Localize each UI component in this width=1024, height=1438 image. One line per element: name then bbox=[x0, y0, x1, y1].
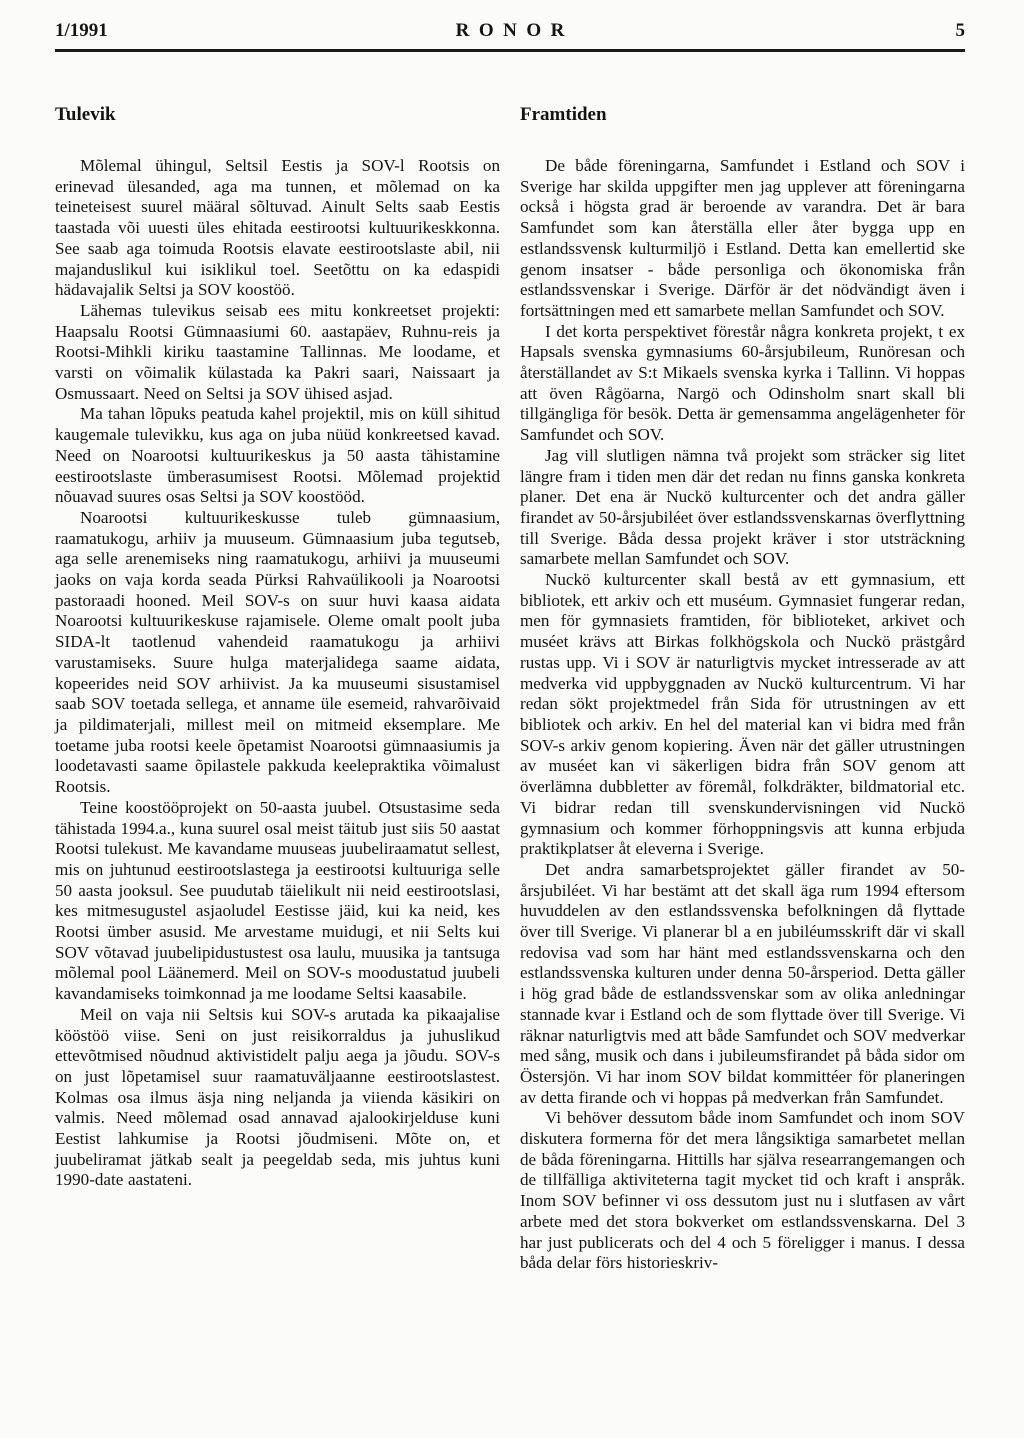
right-column-body: De både föreningarna, Samfundet i Estlan… bbox=[520, 156, 965, 1274]
paragraph: Det andra samarbetsprojektet gäller fira… bbox=[520, 860, 965, 1108]
article-columns: Tulevik Mõlemal ühingul, Seltsil Eestis … bbox=[55, 104, 965, 1274]
left-column-body: Mõlemal ühingul, Seltsil Eestis ja SOV-l… bbox=[55, 156, 500, 1191]
page-header: 1/1991 RONOR 5 bbox=[55, 20, 965, 52]
paragraph: Meil on vaja nii Seltsis kui SOV-s aruta… bbox=[55, 1005, 500, 1191]
paragraph: Vi behöver dessutom både inom Samfundet … bbox=[520, 1108, 965, 1274]
paragraph: Noarootsi kultuurikeskusse tuleb gümnaas… bbox=[55, 508, 500, 798]
paragraph: Nuckö kulturcenter skall bestå av ett gy… bbox=[520, 570, 965, 860]
page-number: 5 bbox=[956, 20, 966, 42]
left-column: Tulevik Mõlemal ühingul, Seltsil Eestis … bbox=[55, 104, 500, 1274]
left-column-heading: Tulevik bbox=[55, 104, 500, 126]
right-column-heading: Framtiden bbox=[520, 104, 965, 126]
paragraph: Mõlemal ühingul, Seltsil Eestis ja SOV-l… bbox=[55, 156, 500, 301]
paragraph: De både föreningarna, Samfundet i Estlan… bbox=[520, 156, 965, 322]
paragraph: Lähemas tulevikus seisab ees mitu konkre… bbox=[55, 301, 500, 405]
right-column: Framtiden De både föreningarna, Samfunde… bbox=[520, 104, 965, 1274]
paragraph: I det korta perspektivet förestår några … bbox=[520, 322, 965, 446]
journal-title: RONOR bbox=[446, 20, 574, 42]
paragraph: Ma tahan lõpuks peatuda kahel projektil,… bbox=[55, 404, 500, 508]
journal-page: 1/1991 RONOR 5 Tulevik Mõlemal ühingul, … bbox=[0, 0, 1024, 1438]
paragraph: Teine koostööprojekt on 50-aasta juubel.… bbox=[55, 798, 500, 1005]
issue-number: 1/1991 bbox=[55, 20, 108, 42]
paragraph: Jag vill slutligen nämna två projekt som… bbox=[520, 446, 965, 570]
